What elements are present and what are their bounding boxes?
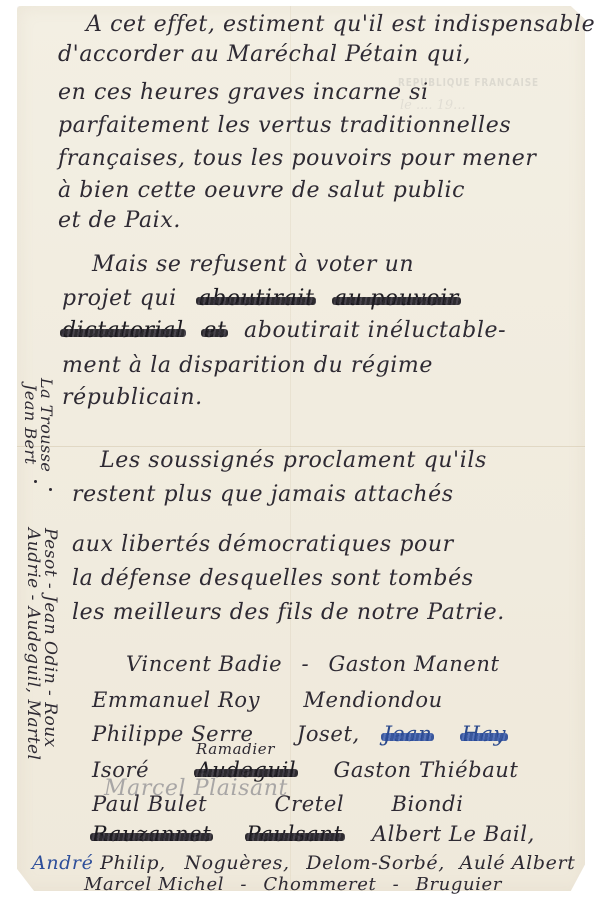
separator-dash: - bbox=[302, 652, 310, 676]
signature-cretel: Cretel bbox=[274, 792, 344, 816]
signature-line-1: Vincent Badie - Gaston Manent bbox=[126, 652, 500, 676]
signature-line-7: André Philip, Noguères, Delom-Sorbé, Aul… bbox=[32, 852, 575, 874]
signature-gaston-thiebaut: Gaston Thiébaut bbox=[334, 758, 519, 782]
paragraph-1-line-5: françaises, tous les pouvoirs pour mener bbox=[58, 146, 536, 171]
paragraph-3-line-2: restent plus que jamais attachés bbox=[72, 482, 454, 507]
paragraph-1-line-7: et de Paix. bbox=[58, 208, 181, 233]
margin-note-pesot-jean-odin-roux: Pesot - Jean Odin - Roux bbox=[40, 528, 60, 748]
signature-line-3: Philippe Serre Joset, Jean Hay bbox=[92, 722, 506, 746]
signature-gaston-manent: Gaston Manent bbox=[328, 652, 499, 676]
signature-line-6: Rauzannet Paulsant Albert Le Bail, bbox=[92, 822, 535, 846]
separator-dash: - bbox=[393, 874, 400, 895]
signature-bruguier: Bruguier bbox=[416, 874, 502, 895]
paragraph-1-line-2: d'accorder au Maréchal Pétain qui, bbox=[58, 42, 471, 67]
paragraph-2-line-4: ment à la disparition du régime bbox=[62, 353, 433, 378]
signature-emmanuel-roy: Emmanuel Roy bbox=[92, 688, 260, 712]
separator-dash: - bbox=[240, 874, 247, 895]
margin-dot bbox=[34, 480, 37, 483]
margin-dot bbox=[49, 488, 52, 491]
struck-word: au pouvoir bbox=[334, 286, 459, 311]
paragraph-2-line-1: Mais se refusent à voter un bbox=[92, 252, 414, 277]
paragraph-2-line-2: projet qui aboutirait au pouvoir bbox=[62, 286, 459, 311]
struck-name-blue-2: Hay bbox=[462, 722, 507, 746]
struck-name-blue-1: Jean bbox=[383, 722, 432, 746]
paragraph-2-line-2-text: projet qui bbox=[62, 286, 177, 311]
signature-biondi: Biondi bbox=[391, 792, 463, 816]
paragraph-3-line-3: aux libertés démocratiques pour bbox=[72, 532, 454, 557]
paragraph-2-line-5: républicain. bbox=[62, 385, 203, 410]
signature-paul-bulet: Paul Bulet bbox=[92, 792, 207, 816]
paragraph-1-line-1: A cet effet, estiment qu'il est indispen… bbox=[86, 12, 595, 37]
signature-chommeret: Chommeret bbox=[263, 874, 376, 895]
struck-name-paulsant: Paulsant bbox=[247, 822, 343, 846]
paragraph-1-line-3: en ces heures graves incarne si bbox=[58, 80, 429, 105]
paragraph-2-line-3-text: aboutirait inéluctable- bbox=[244, 318, 506, 343]
signature-insert-ramadier: Ramadier bbox=[196, 740, 275, 758]
signature-marcel-michel: Marcel Michel bbox=[84, 874, 224, 895]
signature-joset: Joset, bbox=[297, 722, 360, 746]
signature-albert-le-bail: Albert Le Bail, bbox=[372, 822, 535, 846]
signature-andre-blue: André bbox=[32, 852, 93, 874]
struck-word: et bbox=[203, 318, 226, 343]
signature-delom-sorbe: Delom-Sorbé, bbox=[306, 852, 445, 874]
paragraph-1-line-6: à bien cette oeuvre de salut public bbox=[58, 178, 465, 203]
struck-name-rauzannet: Rauzannet bbox=[92, 822, 211, 846]
margin-note-jean-bert: Jean Bert bbox=[21, 384, 40, 465]
signature-vincent-badie: Vincent Badie bbox=[126, 652, 282, 676]
struck-word: aboutirait bbox=[198, 286, 314, 311]
struck-phrase-au-pouvoir: au pouvoir bbox=[334, 286, 459, 311]
signature-mendiondou: Mendiondou bbox=[303, 688, 442, 712]
paragraph-3-line-4: la défense desquelles sont tombés bbox=[72, 566, 474, 591]
signature-line-5: Paul Bulet Cretel Biondi bbox=[92, 792, 464, 816]
signature-philip: Philip, bbox=[100, 852, 166, 874]
struck-word: dictatorial bbox=[62, 318, 184, 343]
paragraph-3-line-1: Les soussignés proclament qu'ils bbox=[100, 448, 487, 473]
signature-line-8: Marcel Michel - Chommeret - Bruguier bbox=[84, 874, 502, 895]
signature-ngueres: Noguères, bbox=[184, 852, 289, 874]
signature-aule-albert: Aulé Albert bbox=[460, 852, 576, 874]
signature-line-2: Emmanuel Roy Mendiondou bbox=[92, 688, 443, 712]
margin-note-audrie-audeguil-martel: Audrie - Audeguil, Martel bbox=[23, 528, 43, 760]
paragraph-1-line-4: parfaitement les vertus traditionnelles bbox=[58, 113, 511, 138]
paragraph-2-line-3: dictatorial et aboutirait inéluctable- bbox=[62, 318, 506, 343]
paragraph-3-line-5: les meilleurs des fils de notre Patrie. bbox=[72, 600, 505, 625]
